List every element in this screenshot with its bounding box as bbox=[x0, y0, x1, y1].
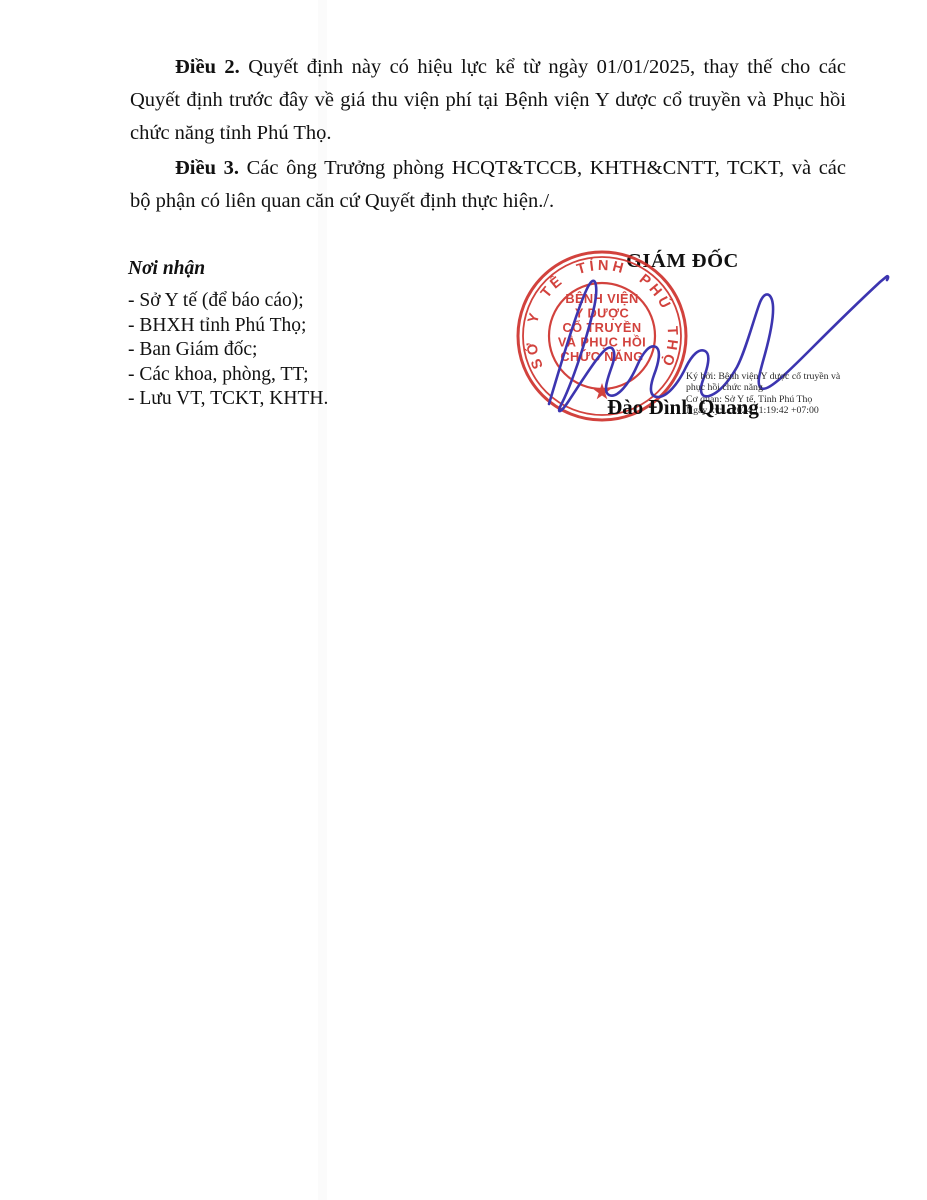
recipient-item: - Các khoa, phòng, TT; bbox=[128, 363, 428, 388]
recipient-item: - BHXH tỉnh Phú Thọ; bbox=[128, 314, 428, 339]
recipient-item: - Lưu VT, TCKT, KHTH. bbox=[128, 387, 428, 412]
svg-text:BỆNH VIỆN: BỆNH VIỆN bbox=[565, 291, 638, 306]
svg-text:Y DƯỢC: Y DƯỢC bbox=[575, 306, 629, 321]
svg-text:CỔ TRUYỀN: CỔ TRUYỀN bbox=[563, 320, 642, 335]
digital-signature-line: phục hồi chức năng bbox=[686, 382, 916, 393]
signer-name: Đào Đình Quang bbox=[588, 395, 778, 420]
seal-center-text: BỆNH VIỆN Y DƯỢC CỔ TRUYỀN VÀ PHỤC HỒI C… bbox=[558, 291, 646, 364]
svg-text:VÀ PHỤC HỒI: VÀ PHỤC HỒI bbox=[558, 335, 646, 350]
paragraph-dieu-3-lead: Điều 3. bbox=[175, 157, 239, 179]
document-page: Điều 2. Quyết định này có hiệu lực kể từ… bbox=[0, 0, 927, 1200]
paragraph-dieu-3: Điều 3. Các ông Trưởng phòng HCQT&TCCB, … bbox=[130, 152, 846, 218]
paragraph-dieu-2-lead: Điều 2. bbox=[175, 56, 240, 78]
recipients-heading: Nơi nhận bbox=[128, 258, 428, 280]
svg-text:CHỨC NĂNG: CHỨC NĂNG bbox=[560, 349, 643, 364]
body-text: Điều 2. Quyết định này có hiệu lực kể từ… bbox=[130, 51, 846, 218]
paragraph-dieu-2: Điều 2. Quyết định này có hiệu lực kể từ… bbox=[130, 51, 846, 150]
digital-signature-line: Ký bởi: Bệnh viện Y dược cổ truyền và bbox=[686, 371, 916, 382]
recipients-block: Nơi nhận - Sở Y tế (để báo cáo); - BHXH … bbox=[128, 258, 428, 412]
recipient-item: - Sở Y tế (để báo cáo); bbox=[128, 289, 428, 314]
recipients-list: - Sở Y tế (để báo cáo); - BHXH tỉnh Phú … bbox=[128, 289, 428, 412]
recipient-item: - Ban Giám đốc; bbox=[128, 338, 428, 363]
